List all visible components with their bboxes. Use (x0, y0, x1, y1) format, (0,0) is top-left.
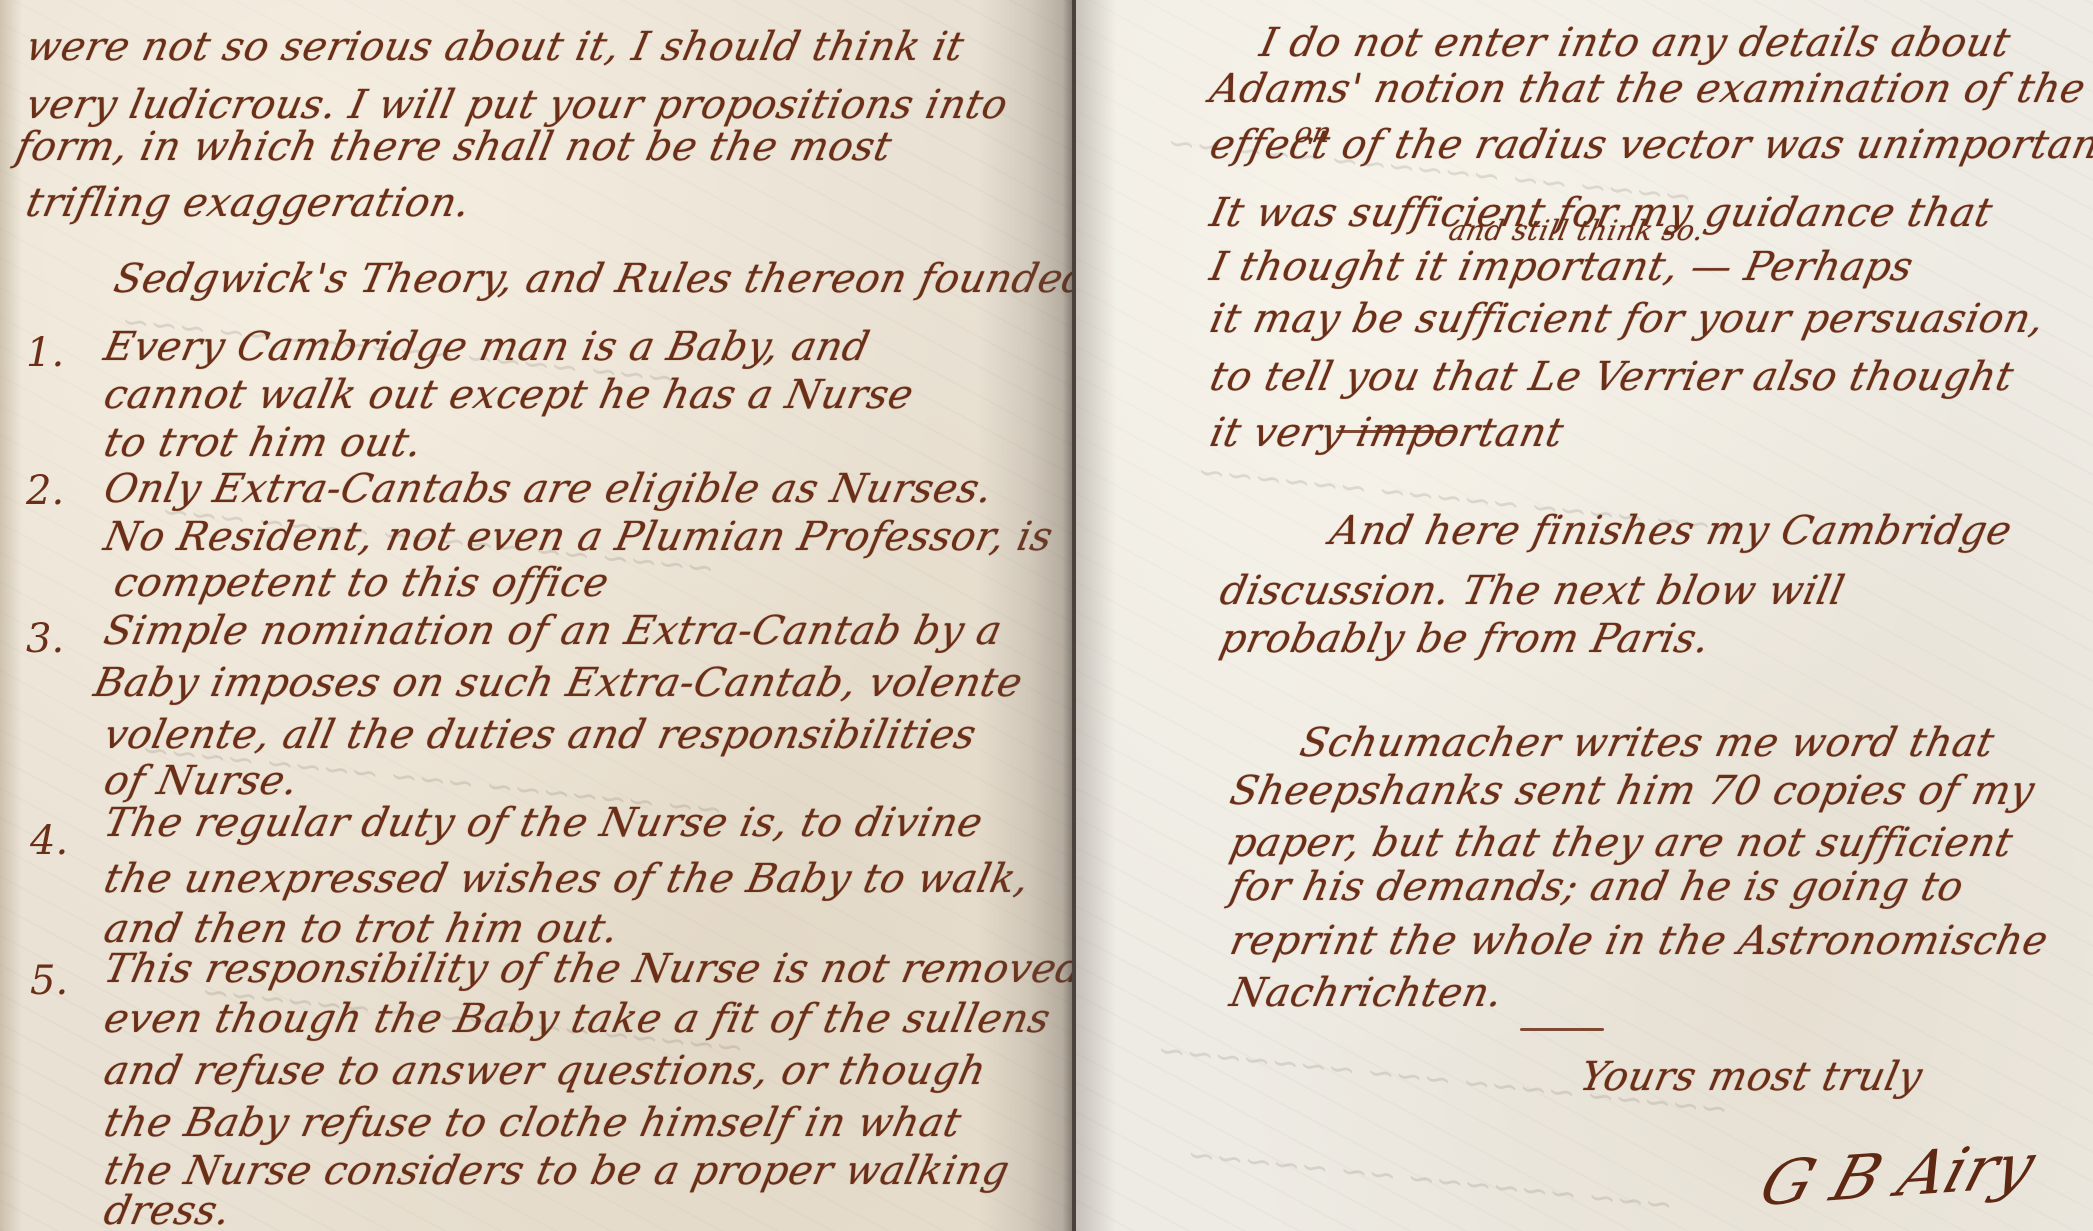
rule-line: Simple nomination of an Extra-Cantab by … (100, 608, 1006, 654)
rule-line: No Resident, not even a Plumian Professo… (100, 514, 1057, 560)
rule-number: 3. (26, 616, 64, 662)
rule-line: The regular duty of the Nurse is, to div… (100, 800, 987, 846)
rule-line: and refuse to answer questions, or thoug… (100, 1048, 990, 1094)
right-page: ~~~~ ~~ ~~~~~~ ~~~ ~~ ~~~ ~~~~ ~~~~~ ~~~… (1076, 0, 2093, 1231)
letter-line: trifling exaggeration. (22, 180, 475, 226)
rule-number: 2. (26, 468, 64, 514)
letter-line: to tell you that Le Verrier also thought (1206, 354, 2018, 400)
insertion-text: and still think so. (1446, 214, 1707, 247)
letter-line: for his demands; and he is going to (1226, 864, 1968, 910)
letter-line: Nachrichten. (1226, 970, 1507, 1016)
rule-line: even though the Baby take a fit of the s… (100, 996, 1054, 1042)
letter-line: were not so serious about it, I should t… (22, 24, 968, 70)
rule-line: volente, all the duties and responsibili… (100, 712, 980, 758)
rule-line: the Baby refuse to clothe himself in wha… (100, 1100, 965, 1146)
closing: Yours most truly (1576, 1054, 1927, 1100)
letter-line: discussion. The next blow will (1216, 568, 1849, 614)
letter-line: Sheepshanks sent him 70 copies of my (1226, 768, 2039, 814)
section-heading: Sedgwick's Theory, and Rules thereon fou… (110, 256, 1072, 302)
letter-line: probably be from Paris. (1216, 616, 1714, 662)
rule-line: the unexpressed wishes of the Baby to wa… (100, 856, 1034, 902)
letter-line: it very important (1206, 410, 1568, 456)
letter-line: And here finishes my Cambridge (1326, 508, 2016, 554)
left-page: ~~~ ~~~~ ~~~~~~ ~~ ~~~ ~~~~ ~~ ~~~~~ ~~~… (0, 0, 1072, 1231)
rule-line: the Nurse considers to be a proper walki… (100, 1148, 1014, 1194)
separator-dash (1520, 1028, 1604, 1031)
signature: G B Airy (1752, 1129, 2043, 1220)
letter-line: I thought it important, — Perhaps (1206, 244, 1917, 290)
bleed-through-text: ~~~ ~~~~~~ ~~ ~~~~~ (1185, 1135, 1675, 1226)
letter-line: reprint the whole in the Astronomische (1226, 918, 2052, 964)
rule-line: competent to this office (110, 560, 613, 606)
rule-line: This responsibility of the Nurse is not … (100, 946, 1072, 992)
book-spread: ~~~ ~~~~ ~~~~~~ ~~ ~~~ ~~~~ ~~ ~~~~~ ~~~… (0, 0, 2093, 1231)
rule-line: of Nurse. (100, 758, 303, 804)
rule-line: to trot him out. (100, 420, 427, 466)
letter-line: effect of the radius vector was unimport… (1206, 122, 2093, 168)
letter-line: form, in which there shall not be the mo… (12, 124, 896, 170)
letter-line: very ludicrous. I will put your proposit… (22, 82, 1012, 128)
letter-line: it may be sufficient for your persuasion… (1206, 296, 2048, 342)
underline (1336, 430, 1456, 433)
rule-number: 4. (30, 818, 68, 864)
rule-number: 1. (26, 330, 64, 376)
letter-line: Schumacher writes me word that (1296, 720, 1999, 766)
letter-line: paper, but that they are not sufficient (1226, 820, 2017, 866)
rule-line: cannot walk out except he has a Nurse (100, 372, 918, 418)
rule-line: dress. (100, 1188, 235, 1231)
rule-line: Only Extra-Cantabs are eligible as Nurse… (100, 466, 997, 512)
letter-line: I do not enter into any details about (1256, 20, 2015, 66)
letter-line: Adams' notion that the examination of th… (1206, 66, 2090, 112)
rule-line: Baby imposes on such Extra-Cantab, volen… (90, 660, 1027, 706)
rule-line: Every Cambridge man is a Baby, and (100, 324, 874, 370)
rule-number: 5. (30, 958, 68, 1004)
